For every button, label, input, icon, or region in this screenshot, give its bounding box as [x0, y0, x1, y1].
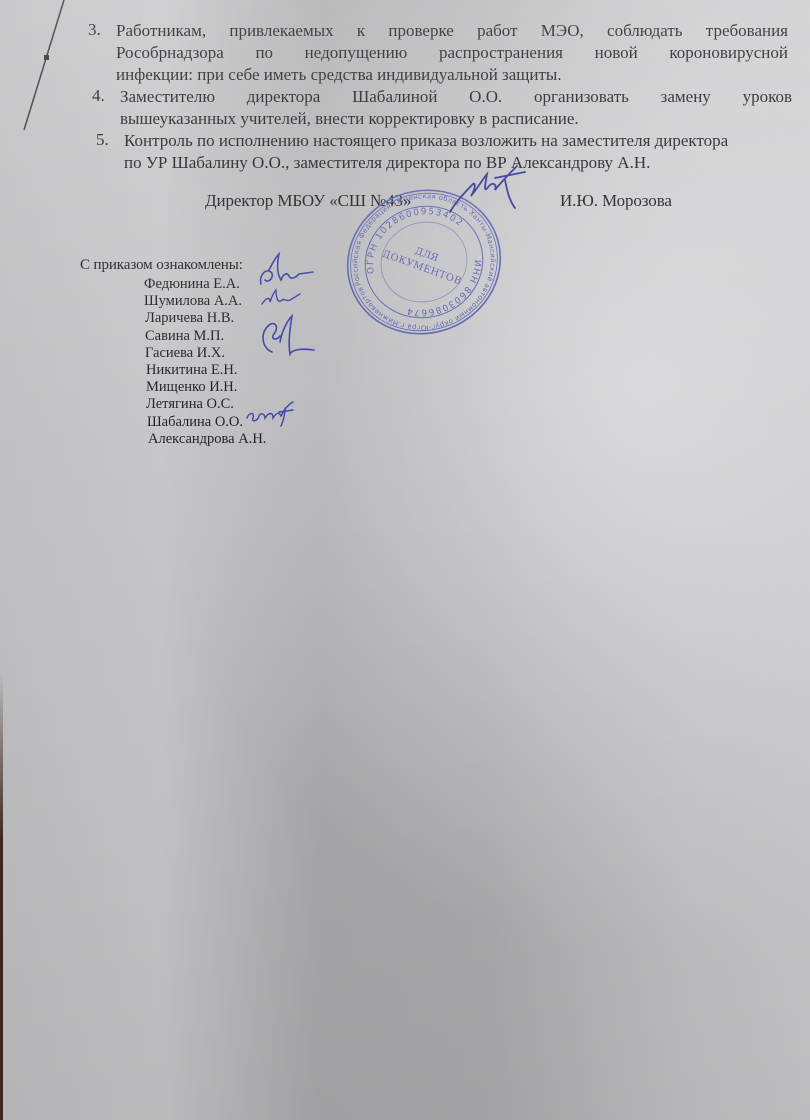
item-line: вышеуказанных учителей, внести корректир… — [120, 108, 792, 130]
signature-letyagina-icon — [243, 400, 298, 428]
staple-fold-line — [0, 0, 70, 130]
director-name: И.Ю. Морозова — [560, 190, 672, 211]
acknowledgement-person: Александрова А.Н. — [148, 431, 266, 448]
signature-fedyunina-icon — [255, 250, 320, 290]
item-line: Рособрнадзора по недопущению распростран… — [116, 42, 788, 64]
item-line: Контроль по исполнению настоящего приказ… — [124, 130, 784, 152]
acknowledgement-person: Никитина Е.Н. — [146, 362, 266, 379]
item-line: инфекции: при себе иметь средства индиви… — [116, 64, 788, 86]
item-line: Работникам, привлекаемых к проверке рабо… — [116, 20, 788, 42]
signature-shumilova-icon — [258, 288, 303, 310]
acknowledgement-title: С приказом ознакомлены: — [80, 255, 243, 276]
acknowledgement-person: Федюнина Е.А. — [144, 276, 266, 293]
item-number: 4. — [92, 86, 105, 106]
acknowledgement-person: Савина М.П. — [145, 328, 266, 345]
acknowledgement-person: Шумилова А.А. — [144, 293, 266, 310]
paper-sheet: 3. Работникам, привлекаемых к проверке р… — [0, 0, 810, 1120]
acknowledgement-person: Ларичева Н.В. — [145, 310, 266, 327]
item-number: 3. — [88, 20, 101, 40]
signature-savina-icon — [258, 312, 318, 360]
acknowledgement-person: Гасиева И.Х. — [145, 345, 266, 362]
item-number: 5. — [96, 130, 109, 150]
director-signature-icon — [445, 160, 530, 220]
page-edge-shadow — [0, 0, 3, 1120]
acknowledgement-person: Мищенко И.Н. — [146, 379, 266, 396]
item-line: Заместителю директора Шабалиной О.О. орг… — [120, 86, 792, 108]
